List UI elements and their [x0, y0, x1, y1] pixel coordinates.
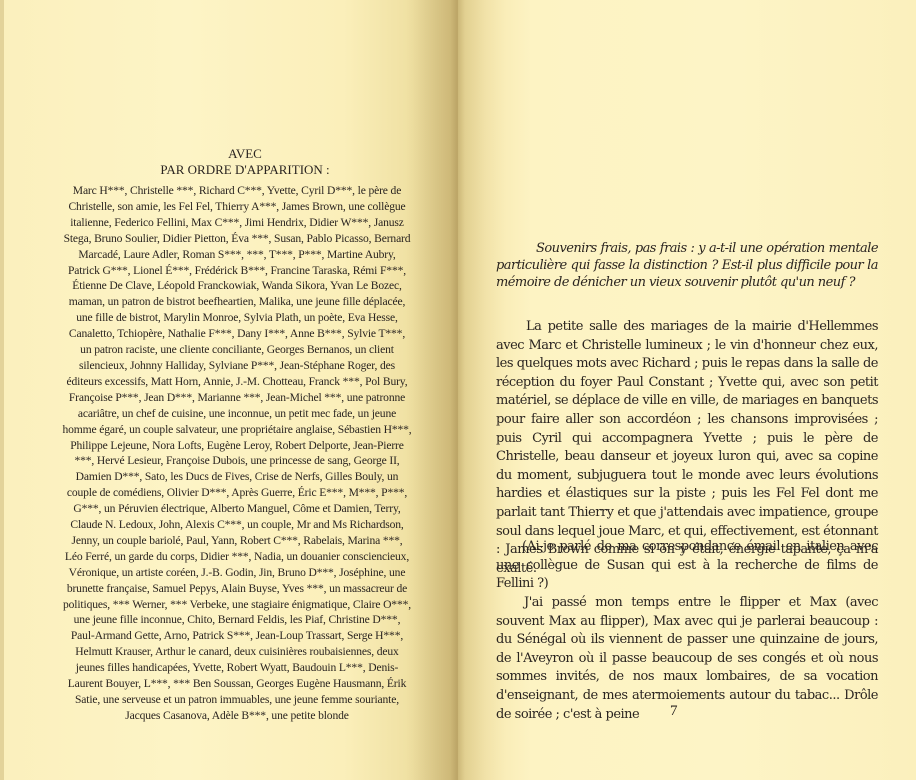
heading-order: PAR ORDRE D'APPARITION :	[60, 162, 430, 178]
book-spread: AVEC PAR ORDRE D'APPARITION : Marc H***,…	[0, 0, 916, 780]
paragraph: J'ai passé mon temps entre le flipper et…	[496, 594, 878, 724]
page-edge	[0, 0, 4, 780]
paragraph: (Ai-je parlé de ma correspondance émail …	[496, 538, 878, 594]
page-number: 7	[670, 703, 678, 720]
cast-list: Marc H***, Christelle ***, Richard C***,…	[62, 183, 412, 724]
right-page: Souvenirs frais, pas frais : y a-t-il un…	[458, 0, 916, 780]
heading-avec: AVEC	[60, 146, 430, 162]
bleed-through-text	[498, 118, 876, 133]
left-page: AVEC PAR ORDRE D'APPARITION : Marc H***,…	[0, 0, 458, 780]
italic-epigraph: Souvenirs frais, pas frais : y a-t-il un…	[496, 240, 878, 291]
cast-heading: AVEC PAR ORDRE D'APPARITION :	[60, 146, 430, 178]
